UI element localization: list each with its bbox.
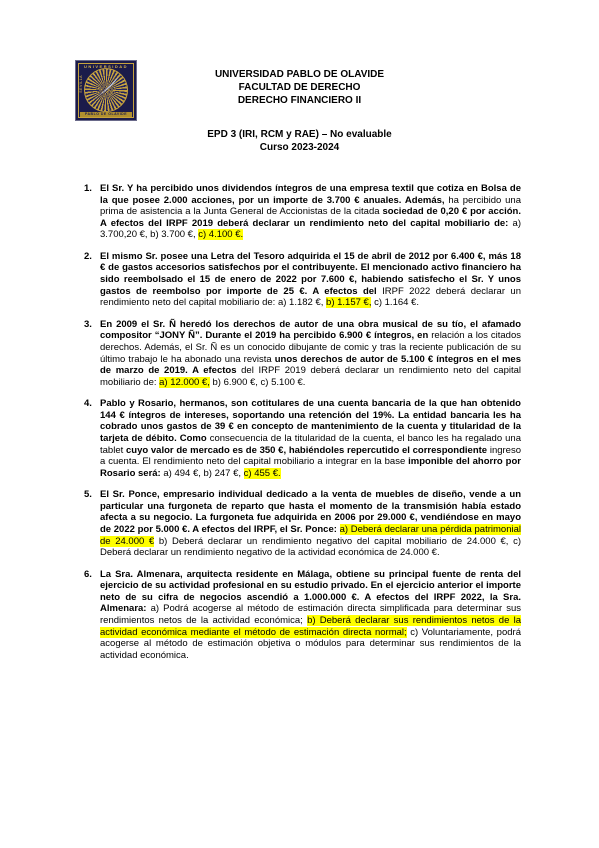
document-page: UNIVERSIDAD SEVILLA PABLO DE OLAVIDE UNI… <box>0 0 599 848</box>
highlighted-answer: b) 1.157 €, <box>326 297 371 308</box>
highlighted-answer: c) 4.100 €. <box>198 229 243 240</box>
swoosh-icon <box>85 69 127 111</box>
question-item: 2.El mismo Sr. posee una Letra del Tesor… <box>84 251 521 309</box>
question-item: 6.La Sra. Almenara, arquitecta residente… <box>84 569 521 662</box>
question-item: 1.El Sr. Y ha percibido unos dividendos … <box>84 183 521 241</box>
question-number: 1. <box>84 183 92 195</box>
document-title: EPD 3 (IRI, RCM y RAE) – No evaluable <box>0 128 599 141</box>
question-segment: a) 494 €, b) 247 €, <box>163 468 243 479</box>
question-number: 6. <box>84 569 92 581</box>
question-item: 4.Pablo y Rosario, hermanos, son cotitul… <box>84 398 521 479</box>
question-segment: cuyo valor de mercado es de 350 €, habié… <box>126 445 490 456</box>
question-number: 5. <box>84 489 92 501</box>
course-year: Curso 2023-2024 <box>0 141 599 154</box>
question-number: 2. <box>84 251 92 263</box>
question-item: 5.El Sr. Ponce, empresario individual de… <box>84 489 521 559</box>
question-number: 4. <box>84 398 92 410</box>
questions-list: 1.El Sr. Y ha percibido unos dividendos … <box>84 183 521 661</box>
question-item: 3.En 2009 el Sr. Ñ heredó los derechos d… <box>84 319 521 389</box>
logo-bottom-text: PABLO DE OLAVIDE <box>80 112 132 117</box>
question-segment: c) 1.164 €. <box>371 297 419 308</box>
logo-side-text: SEVILLA <box>79 75 83 93</box>
university-logo: UNIVERSIDAD SEVILLA PABLO DE OLAVIDE <box>75 60 137 121</box>
logo-top-text: UNIVERSIDAD <box>76 64 136 69</box>
question-number: 3. <box>84 319 92 331</box>
question-segment: b) 6.900 €, c) 5.100 €. <box>210 377 306 388</box>
question-segment: b) Deberá declarar un rendimiento negati… <box>100 536 521 559</box>
highlighted-answer: c) 455 €. <box>244 468 281 479</box>
highlighted-answer: a) 12.000 €, <box>159 377 210 388</box>
